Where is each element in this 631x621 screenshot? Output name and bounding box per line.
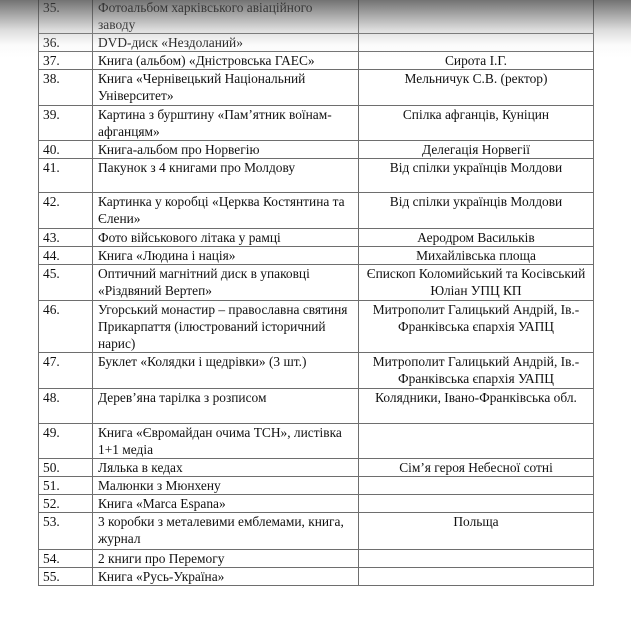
row-number: 45.: [39, 265, 93, 301]
row-number: 42.: [39, 193, 93, 229]
row-item: Фото військового літака у рамці: [93, 229, 359, 247]
row-item: Угорський монастир – православна святиня…: [93, 301, 359, 353]
row-number: 53.: [39, 513, 93, 550]
table-row: 39. Картина з бурштину «Пам’ятник воїнам…: [39, 106, 594, 141]
row-number: 38.: [39, 70, 93, 106]
row-item: Книга «Євромайдан очима ТСН», листівка 1…: [93, 424, 359, 459]
table-row: 43. Фото військового літака у рамці Аеро…: [39, 229, 594, 247]
row-item: DVD-диск «Нездоланий»: [93, 34, 359, 52]
row-donor: Від спілки українців Молдови: [359, 193, 594, 229]
row-item: Книга «Людина і нація»: [93, 247, 359, 265]
table-row: 47. Буклет «Колядки і щедрівки» (3 шт.) …: [39, 353, 594, 389]
row-item: 2 книги про Перемогу: [93, 550, 359, 568]
row-number: 47.: [39, 353, 93, 389]
table-row: 41. Пакунок з 4 книгами про Молдову Від …: [39, 159, 594, 193]
row-number: 51.: [39, 477, 93, 495]
row-number: 46.: [39, 301, 93, 353]
row-donor: Мельничук С.В. (ректор): [359, 70, 594, 106]
row-item: Книга «Русь-Україна»: [93, 568, 359, 586]
table-row: 38. Книга «Чернівецький Національний Уні…: [39, 70, 594, 106]
row-number: 49.: [39, 424, 93, 459]
table-row: 50. Лялька в кедах Сім’я героя Небесної …: [39, 459, 594, 477]
row-item: Книга «Marca Espana»: [93, 495, 359, 513]
row-item: Фотоальбом харківського авіаційного заво…: [93, 0, 359, 34]
row-number: 36.: [39, 34, 93, 52]
row-donor: [359, 424, 594, 459]
row-donor: Сім’я героя Небесної сотні: [359, 459, 594, 477]
row-item: Картина з бурштину «Пам’ятник воїнам-афг…: [93, 106, 359, 141]
table-row: 49. Книга «Євромайдан очима ТСН», листів…: [39, 424, 594, 459]
row-number: 54.: [39, 550, 93, 568]
row-item: 3 коробки з металевими емблемами, книга,…: [93, 513, 359, 550]
row-number: 48.: [39, 389, 93, 424]
row-donor: Сирота І.Г.: [359, 52, 594, 70]
row-number: 52.: [39, 495, 93, 513]
row-donor: Польща: [359, 513, 594, 550]
row-item: Оптичний магнітний диск в упаковці «Різд…: [93, 265, 359, 301]
row-number: 55.: [39, 568, 93, 586]
table-row: 48. Дерев’яна тарілка з розписом Колядни…: [39, 389, 594, 424]
row-number: 50.: [39, 459, 93, 477]
table-row: 35. Фотоальбом харківського авіаційного …: [39, 0, 594, 34]
row-number: 37.: [39, 52, 93, 70]
row-number: 41.: [39, 159, 93, 193]
row-number: 43.: [39, 229, 93, 247]
row-donor: Від спілки українців Молдови: [359, 159, 594, 193]
row-item: Буклет «Колядки і щедрівки» (3 шт.): [93, 353, 359, 389]
table-row: 46. Угорський монастир – православна свя…: [39, 301, 594, 353]
table-row: 45. Оптичний магнітний диск в упаковці «…: [39, 265, 594, 301]
row-donor: Колядники, Івано-Франківська обл.: [359, 389, 594, 424]
table-row: 52. Книга «Marca Espana»: [39, 495, 594, 513]
row-donor: Михайлівська площа: [359, 247, 594, 265]
row-number: 44.: [39, 247, 93, 265]
table-row: 37. Книга (альбом) «Дністровська ГАЕС» С…: [39, 52, 594, 70]
row-donor: Спілка афганців, Куніцин: [359, 106, 594, 141]
row-item: Лялька в кедах: [93, 459, 359, 477]
table-row: 40. Книга-альбом про Норвегію Делегація …: [39, 141, 594, 159]
row-donor: [359, 550, 594, 568]
row-donor: [359, 0, 594, 34]
row-donor: [359, 477, 594, 495]
row-number: 39.: [39, 106, 93, 141]
table-row: 53. 3 коробки з металевими емблемами, кн…: [39, 513, 594, 550]
row-donor: [359, 495, 594, 513]
row-donor: Делегація Норвегії: [359, 141, 594, 159]
row-item: Пакунок з 4 книгами про Молдову: [93, 159, 359, 193]
row-number: 35.: [39, 0, 93, 34]
table-row: 51. Малюнки з Мюнхену: [39, 477, 594, 495]
row-item: Картинка у коробці «Церква Костянтина та…: [93, 193, 359, 229]
row-item: Книга «Чернівецький Національний Універс…: [93, 70, 359, 106]
row-donor: Митрополит Галицький Андрій, Ів.-Франків…: [359, 301, 594, 353]
row-donor: [359, 34, 594, 52]
row-item: Книга-альбом про Норвегію: [93, 141, 359, 159]
table-row: 44. Книга «Людина і нація» Михайлівська …: [39, 247, 594, 265]
row-donor: Аеродром Васильків: [359, 229, 594, 247]
row-number: 40.: [39, 141, 93, 159]
gifts-table: 35. Фотоальбом харківського авіаційного …: [38, 0, 594, 586]
row-item: Дерев’яна тарілка з розписом: [93, 389, 359, 424]
table-row: 36. DVD-диск «Нездоланий»: [39, 34, 594, 52]
row-item: Малюнки з Мюнхену: [93, 477, 359, 495]
gifts-table-body: 35. Фотоальбом харківського авіаційного …: [39, 0, 594, 586]
table-row: 42. Картинка у коробці «Церква Костянтин…: [39, 193, 594, 229]
row-donor: [359, 568, 594, 586]
row-donor: Єпископ Коломийський та Косівський Юліан…: [359, 265, 594, 301]
table-row: 54. 2 книги про Перемогу: [39, 550, 594, 568]
row-donor: Митрополит Галицький Андрій, Ів.-Франків…: [359, 353, 594, 389]
table-row: 55. Книга «Русь-Україна»: [39, 568, 594, 586]
row-item: Книга (альбом) «Дністровська ГАЕС»: [93, 52, 359, 70]
